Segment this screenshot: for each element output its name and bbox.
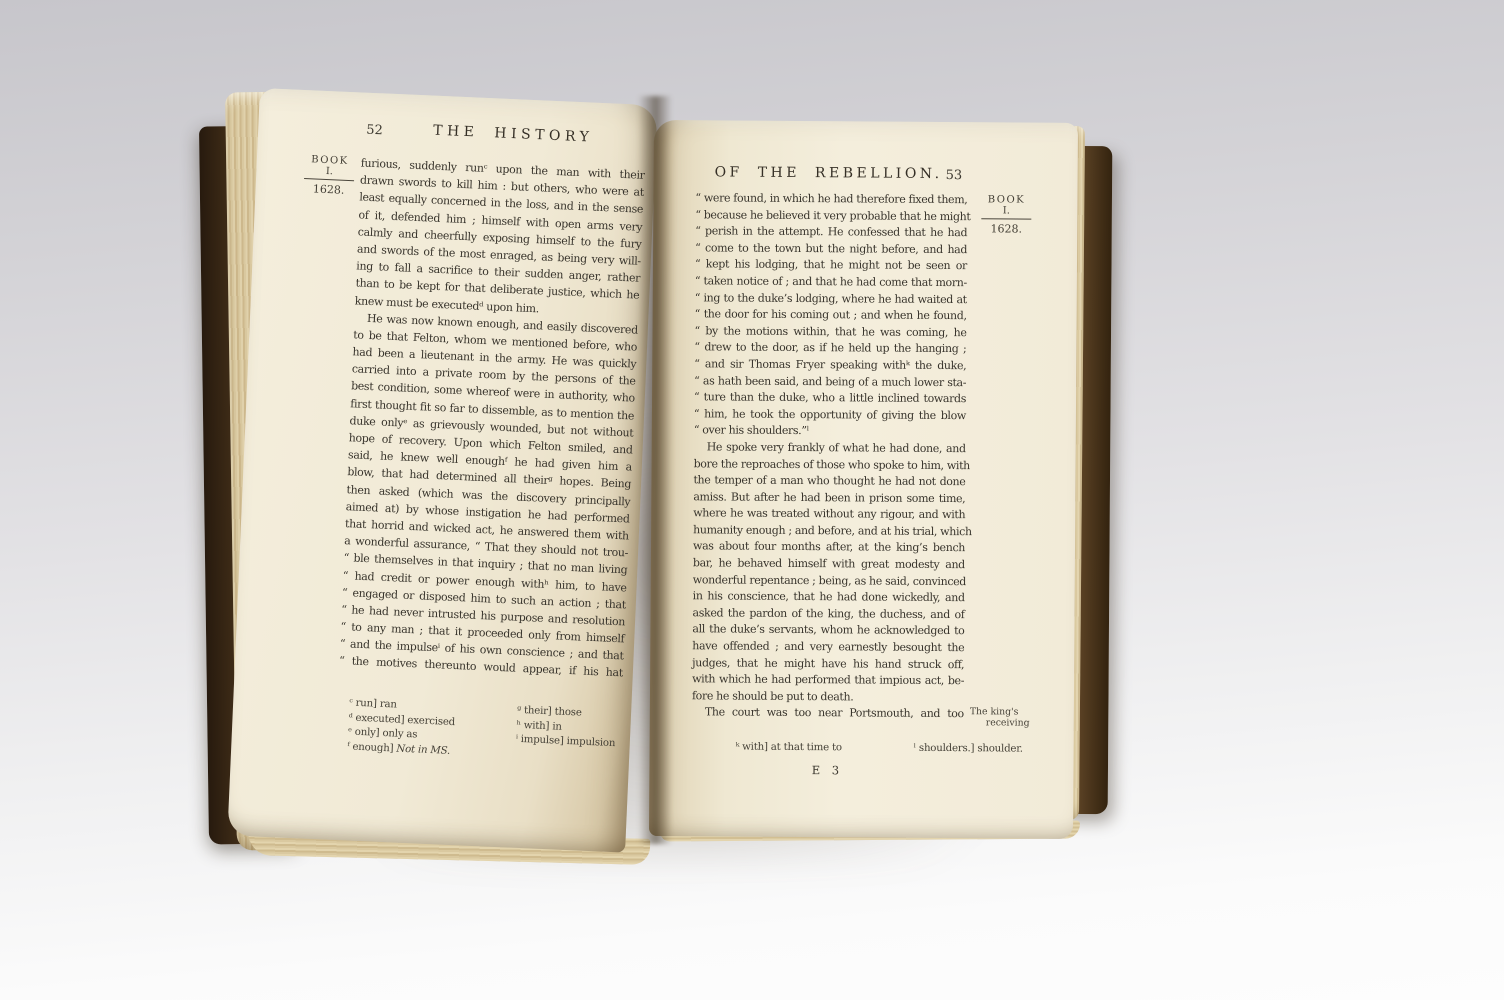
text-line: “ over his shoulders.”ˡ [694,423,966,441]
margin-note-line: The king's [970,706,1032,717]
text-line: “ ing to the duke’s lodging, where he ha… [695,290,967,308]
left-page-body: furious, suddenly runᶜ upon the man with… [339,154,645,682]
text-line: “ him, he took the opportunity of giving… [694,406,966,424]
text-line: “ kept his lodging, that he might not be… [695,257,967,275]
text-line: was about four months after, at the king… [693,539,965,557]
text-line: bore the reproaches of those who spoke t… [694,456,966,474]
footnote: ᵏ with] at that time to [736,741,842,756]
margin-note-kings-receiving: The king's receiving [970,706,1032,728]
margin-note-book-left: BOOK I. 1628. [303,154,355,197]
signature-mark: E 3 [691,762,963,778]
left-page: 52 THE HISTORY BOOK I. 1628. furious, su… [227,88,657,853]
footnote-column: ᵍ their] those ʰ with] in ⁱ impulse] imp… [515,704,637,753]
text-line: have offended ; and very earnestly besou… [692,638,964,656]
text-line: in his conscience, that he had done wick… [693,589,965,607]
margin-book-numeral: I. [981,205,1031,216]
text-line: “ perish in the attempt. He confessed th… [695,223,967,241]
footnote-column: ᶜ run] ran ᵈ executed] exercised ᵉ only]… [347,696,509,761]
photo-of-open-book: 52 THE HISTORY BOOK I. 1628. furious, su… [0,0,1504,1000]
footnote-italic: Not in MS. [396,743,450,756]
page-number: 53 [946,168,963,183]
text-line: the temper of a man who thought he had n… [693,472,965,490]
text-line: bar, he behaved himself with great modes… [693,555,965,573]
footnote: ˡ shoulders.] shoulder. [914,742,1023,757]
margin-book-label: BOOK [981,194,1031,205]
text-line: “ because he believed it very probable t… [695,207,967,225]
margin-note-line: receiving [970,717,1032,728]
text-line: asked the pardon of the king, the duches… [692,605,964,623]
text-line: “ drew to the door, as if he held up the… [694,340,966,358]
text-line: The court was too near Portsmouth, and t… [692,705,964,723]
running-header: OF THE REBELLION. [694,164,964,182]
footnote-label: ᶠ enough] [347,741,397,754]
text-line: “ were found, in which he had therefore … [695,190,967,208]
text-line: where he was treated without any rigour,… [693,506,965,524]
text-line: “ the door for his coming out ; and when… [695,306,967,324]
text-line: “ as hath been said, and being of a much… [694,373,966,391]
margin-note-book-right: BOOK I. 1628. [981,194,1031,235]
margin-year: 1628. [303,182,354,197]
text-line: “ and sir Thomas Fryer speaking withᵏ th… [694,356,966,374]
text-line: with which he had performed that impious… [692,671,964,689]
text-line: humanity enough ; and before, and at his… [693,522,965,540]
margin-book-numeral: I. [304,165,354,178]
text-line: “ by the motions within, that he was com… [694,323,966,341]
footnotes-left: ᶜ run] ran ᵈ executed] exercised ᵉ only]… [347,696,629,770]
margin-rule [304,178,354,181]
text-line: fore he should be put to death. [692,688,964,706]
right-page-body: “ were found, in which he had therefore … [692,190,968,723]
text-line: “ taken notice of ; and that he had come… [695,273,967,291]
text-line: “ ture than the duke, who a little incli… [694,389,966,407]
margin-rule [981,218,1031,219]
text-line: “ come to the town but the night before,… [695,240,967,258]
right-page: OF THE REBELLION. 53 BOOK I. 1628. “ wer… [649,120,1078,839]
running-header: THE HISTORY [388,121,638,148]
gutter-shadow [638,96,672,844]
margin-year: 1628. [981,222,1031,235]
text-line: judges, that he might have his hand stru… [692,655,964,673]
text-line: all the duke’s servants, whom he acknowl… [692,622,964,640]
text-line: wonderful repentance ; being, as he said… [693,572,965,590]
text-line: He spoke very frankly of what he had don… [694,439,966,457]
text-line: amiss. But after he had been in prison s… [693,489,965,507]
footnotes-right: ᵏ with] at that time to ˡ shoulders.] sh… [736,741,1036,759]
page-number: 52 [366,123,383,139]
